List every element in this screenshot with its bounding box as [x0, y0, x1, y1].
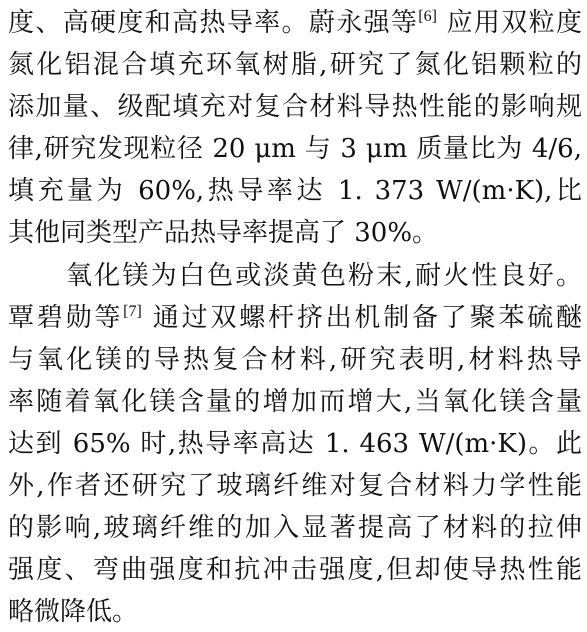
text-line: 略微降低。 [8, 591, 582, 632]
text-line: 达到 65% 时,热导率高达 1. 463 W/(m·K)。此 [8, 423, 582, 465]
text-line: 外,作者还研究了玻璃纤维对复合材料力学性能 [8, 465, 582, 507]
text-segment: 度、高硬度和高热导率。蔚永强等 [8, 8, 418, 38]
text-line: 填充量为 60%,热导率达 1. 373 W/(m·K),比 [8, 170, 582, 212]
text-line: 的影响,玻璃纤维的加入显著提高了材料的拉伸 [8, 507, 582, 549]
document-page: 度、高硬度和高热导率。蔚永强等[6] 应用双粒度 氮化铝混合填充环氧树脂,研究了… [8, 2, 582, 632]
text-line: 覃碧勋等[7] 通过双螺杆挤出机制备了聚苯硫醚 [8, 297, 582, 339]
text-line: 其他同类型产品热导率提高了 30%。 [8, 212, 582, 254]
text-line: 强度、弯曲强度和抗冲击强度,但却使导热性能 [8, 549, 582, 591]
text-line: 氧化镁为白色或淡黄色粉末,耐火性良好。 [8, 255, 582, 297]
paragraph-magnesium-oxide: 氧化镁为白色或淡黄色粉末,耐火性良好。 覃碧勋等[7] 通过双螺杆挤出机制备了聚… [8, 255, 582, 632]
text-line: 添加量、级配填充对复合材料导热性能的影响规 [8, 86, 582, 128]
text-line: 律,研究发现粒径 20 μm 与 3 μm 质量比为 4/6, [8, 128, 582, 170]
text-line: 氮化铝混合填充环氧树脂,研究了氮化铝颗粒的 [8, 44, 582, 86]
text-line: 与氧化镁的导热复合材料,研究表明,材料热导 [8, 339, 582, 381]
text-segment: 通过双螺杆挤出机制备了聚苯硫醚 [153, 303, 582, 333]
paragraph-aluminum-nitride: 度、高硬度和高热导率。蔚永强等[6] 应用双粒度 氮化铝混合填充环氧树脂,研究了… [8, 2, 582, 255]
text-line: 度、高硬度和高热导率。蔚永强等[6] 应用双粒度 [8, 2, 582, 44]
citation-reference: [7] [123, 303, 142, 320]
text-segment: 覃碧勋等 [8, 303, 123, 333]
citation-reference: [6] [418, 8, 437, 25]
text-segment: 应用双粒度 [447, 8, 582, 38]
text-line: 率随着氧化镁含量的增加而增大,当氧化镁含量 [8, 381, 582, 423]
